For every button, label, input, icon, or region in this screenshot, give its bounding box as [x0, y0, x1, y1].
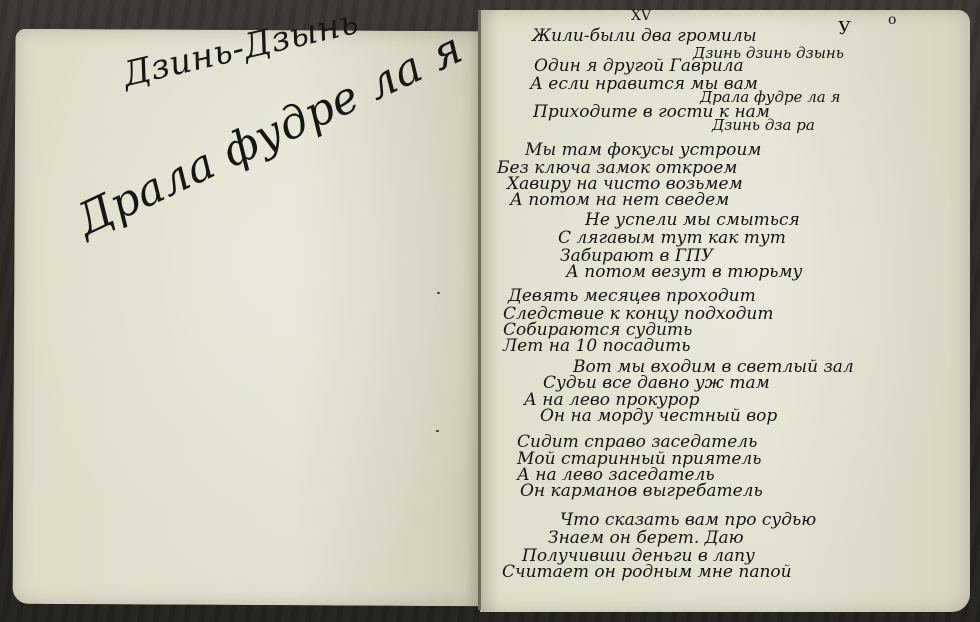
lyric-line: Лет на 10 посадить — [503, 336, 690, 356]
lyric-line: Считает он родным мне папой — [502, 562, 792, 582]
lyric-line: Он карманов выгребатель — [520, 481, 763, 501]
lyric-line: Знаем он берет. Даю — [548, 528, 744, 548]
lyric-line: Мы там фокусы устроим — [525, 140, 761, 160]
roman-numeral-mark: XV — [631, 8, 651, 24]
ink-speck — [437, 292, 440, 294]
lyric-line: А потом на нет сведем — [510, 190, 729, 210]
lyric-line: Не успели мы смыться — [585, 210, 800, 230]
lyric-line: Жили-были два громилы — [532, 26, 757, 46]
letter-mark: У — [838, 18, 851, 39]
lyric-line: Девять месяцев проходит — [508, 286, 756, 306]
ink-speck — [436, 430, 439, 432]
lyric-line: Что сказать вам про судью — [560, 510, 816, 530]
lyric-line: Дзинь дза ра — [712, 116, 815, 134]
lyric-line: Он на морду честный вор — [540, 406, 777, 426]
lyric-line: С лягавым тут как тут — [558, 228, 786, 248]
circle-mark: o — [888, 12, 896, 28]
lyric-line: А потом везут в тюрьму — [566, 262, 802, 282]
notebook-spine — [478, 10, 481, 610]
lyric-line: Один я другой Гаврила — [534, 56, 744, 76]
